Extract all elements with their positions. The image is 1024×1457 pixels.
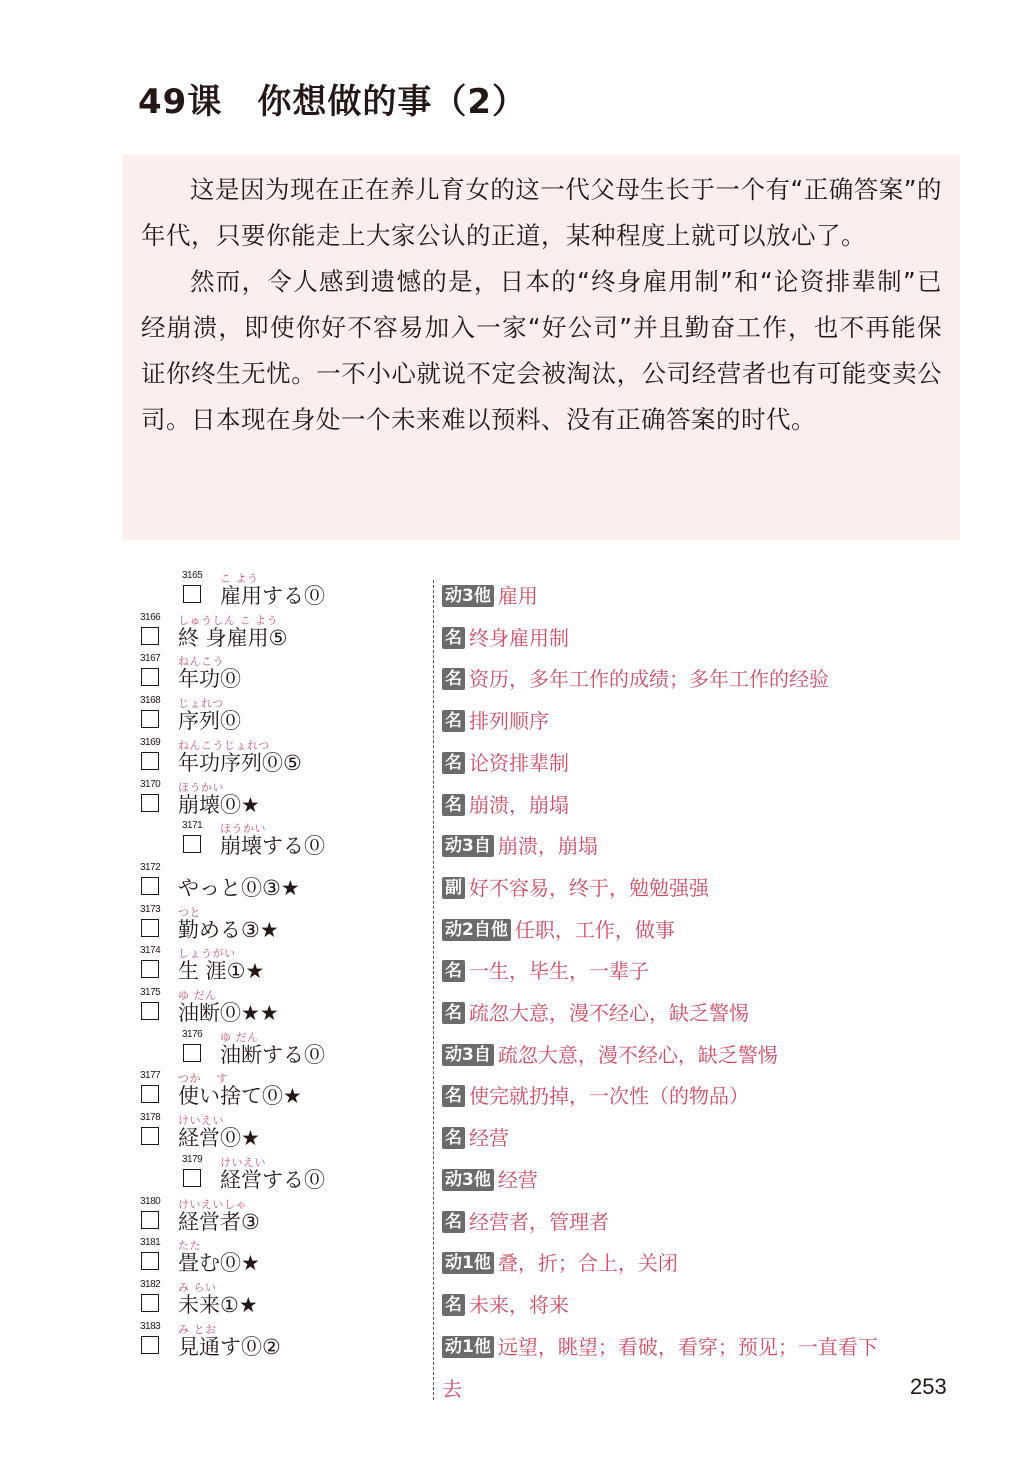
checkbox[interactable]	[183, 1169, 201, 1187]
vocab-row: 3178 けいえい 経営⓪★ 名经营	[0, 1112, 1024, 1154]
checkbox[interactable]	[141, 627, 159, 645]
definition: 动1他远望，眺望；看破，看穿；预见；一直看下	[442, 1331, 878, 1360]
entry-number: 3175	[140, 987, 160, 998]
definition: 动3自崩溃，崩塌	[442, 830, 598, 859]
definition-text: 经营	[498, 1168, 538, 1192]
part-of-speech-tag: 动3自	[442, 835, 494, 857]
definition-text: 远望，眺望；看破，看穿；预见；一直看下	[498, 1335, 878, 1359]
definition: 名经营者，管理者	[442, 1206, 609, 1235]
checkbox[interactable]	[141, 1211, 159, 1229]
reading-passage: 这是因为现在正在养儿育女的这一代父母生长于一个有“正确答案”的年代，只要你能走上…	[123, 155, 960, 540]
part-of-speech-tag: 名	[442, 710, 465, 732]
entry-number: 3174	[140, 945, 160, 956]
entry-number: 3169	[140, 737, 160, 748]
entry-number: 3172	[140, 862, 160, 873]
entry-number: 3171	[182, 820, 202, 831]
checkbox[interactable]	[141, 752, 159, 770]
entry-number: 3170	[140, 779, 160, 790]
checkbox[interactable]	[183, 835, 201, 853]
definition-text: 终身雇用制	[469, 626, 569, 650]
vocab-row: 3168 じょれつ 序列⓪ 名排列顺序	[0, 695, 1024, 737]
vocab-word: 経営する⓪	[220, 1164, 325, 1194]
vocab-row: 3169 ねんこうじょれつ 年功序列⓪⑤ 名论资排辈制	[0, 737, 1024, 779]
definition-text: 崩溃，崩塌	[469, 793, 569, 817]
definition: 名论资排辈制	[442, 747, 569, 776]
vocab-word: 崩壊する⓪	[220, 830, 325, 860]
part-of-speech-tag: 动3自	[442, 1044, 494, 1066]
entry-number: 3182	[140, 1279, 160, 1290]
part-of-speech-tag: 动1他	[442, 1336, 494, 1358]
checkbox[interactable]	[141, 668, 159, 686]
vocab-word: 畳む⓪★	[178, 1247, 260, 1277]
definition-continuation: 去	[442, 1373, 462, 1402]
checkbox[interactable]	[141, 877, 159, 895]
vocab-row: 3179 けいえい 経営する⓪ 动3他经营	[0, 1154, 1024, 1196]
checkbox[interactable]	[141, 794, 159, 812]
entry-number: 3183	[140, 1321, 160, 1332]
part-of-speech-tag: 动1他	[442, 1252, 494, 1274]
vocab-row: 3175 ゆ だん 油断⓪★★ 名疏忽大意，漫不经心，缺乏警惕	[0, 987, 1024, 1029]
definition-text: 崩溃，崩塌	[498, 834, 598, 858]
vocab-word: 雇用する⓪	[220, 580, 325, 610]
vocab-row: 3170 ほうかい 崩壊⓪★ 名崩溃，崩塌	[0, 779, 1024, 821]
definition-text: 论资排辈制	[469, 751, 569, 775]
entry-number: 3167	[140, 653, 160, 664]
definition: 副好不容易，终于，勉勉强强	[442, 872, 709, 901]
vocab-row: 3174 しょうがい 生 涯①★ 名一生，毕生，一辈子	[0, 945, 1024, 987]
entry-number: 3165	[182, 570, 202, 581]
passage-paragraph: 这是因为现在正在养儿育女的这一代父母生长于一个有“正确答案”的年代，只要你能走上…	[141, 167, 942, 259]
vocab-row: 3180 けいえいしゃ 経営者③ 名经营者，管理者	[0, 1196, 1024, 1238]
vocab-row: 3165 こ よう 雇用する⓪ 动3他雇用	[0, 570, 1024, 612]
part-of-speech-tag: 动3他	[442, 1169, 494, 1191]
definition-text: 疏忽大意，漫不经心，缺乏警惕	[469, 1001, 749, 1025]
vocab-word: 年功序列⓪⑤	[178, 747, 302, 777]
vocab-word: 経営者③	[178, 1206, 260, 1236]
passage-paragraph: 然而，令人感到遗憾的是，日本的“终身雇用制”和“论资排辈制”已经崩溃，即使你好不…	[141, 259, 942, 443]
vocab-word: 油断⓪★★	[178, 997, 279, 1027]
part-of-speech-tag: 副	[442, 877, 465, 899]
definition-text: 疏忽大意，漫不经心，缺乏警惕	[498, 1043, 778, 1067]
entry-number: 3181	[140, 1237, 160, 1248]
part-of-speech-tag: 名	[442, 627, 465, 649]
entry-number: 3179	[182, 1154, 202, 1165]
part-of-speech-tag: 名	[442, 1085, 465, 1107]
vocab-word: 見通す⓪②	[178, 1331, 281, 1361]
definition: 名经营	[442, 1122, 509, 1151]
vocab-row: 3167 ねんこう 年功⓪ 名资历，多年工作的成绩；多年工作的经验	[0, 653, 1024, 695]
vocab-word: 未来①★	[178, 1289, 258, 1319]
definition-text: 经营者，管理者	[469, 1210, 609, 1234]
vocab-word: 油断する⓪	[220, 1039, 325, 1069]
definition: 名崩溃，崩塌	[442, 789, 569, 818]
vocab-word: 崩壊⓪★	[178, 789, 260, 819]
vocab-row: 3166 しゅうしん こ よう 終 身雇用⑤ 名终身雇用制	[0, 612, 1024, 654]
definition-text: 任职，工作，做事	[515, 918, 675, 942]
part-of-speech-tag: 动3他	[442, 585, 494, 607]
definition-text: 叠，折；合上，关闭	[498, 1251, 678, 1275]
vocab-word: 生 涯①★	[178, 955, 264, 985]
vocab-word: 経営⓪★	[178, 1122, 260, 1152]
vocab-word: やっと⓪③★	[178, 872, 300, 902]
vocab-word: 序列⓪	[178, 705, 241, 735]
checkbox[interactable]	[141, 710, 159, 728]
part-of-speech-tag: 名	[442, 1294, 465, 1316]
checkbox[interactable]	[141, 1336, 159, 1354]
entry-number: 3176	[182, 1029, 202, 1040]
entry-number: 3178	[140, 1112, 160, 1123]
definition: 名未来，将来	[442, 1289, 569, 1318]
vocab-row: 3172 やっと⓪③★ 副好不容易，终于，勉勉强强	[0, 862, 1024, 904]
vocab-word: 勤める③★	[178, 914, 279, 944]
definition: 动1他叠，折；合上，关闭	[442, 1247, 678, 1276]
definition: 动3他雇用	[442, 580, 538, 609]
definition: 动3他经营	[442, 1164, 538, 1193]
entry-number: 3166	[140, 612, 160, 623]
vocab-row: 3183 み とお 見通す⓪② 动1他远望，眺望；看破，看穿；预见；一直看下 去	[0, 1321, 1024, 1363]
part-of-speech-tag: 名	[442, 794, 465, 816]
definition: 名使完就扔掉，一次性（的物品）	[442, 1080, 749, 1109]
entry-number: 3177	[140, 1070, 160, 1081]
checkbox[interactable]	[141, 919, 159, 937]
definition: 名疏忽大意，漫不经心，缺乏警惕	[442, 997, 749, 1026]
checkbox[interactable]	[141, 1252, 159, 1270]
checkbox[interactable]	[183, 585, 201, 603]
definition-text: 雇用	[498, 584, 538, 608]
vocab-row: 3171 ほうかい 崩壊する⓪ 动3自崩溃，崩塌	[0, 820, 1024, 862]
checkbox[interactable]	[141, 1002, 159, 1020]
checkbox[interactable]	[141, 1085, 159, 1103]
definition: 名排列顺序	[442, 705, 549, 734]
entry-number: 3173	[140, 904, 160, 915]
checkbox[interactable]	[141, 1127, 159, 1145]
definition-text: 未来，将来	[469, 1293, 569, 1317]
definition: 名终身雇用制	[442, 622, 569, 651]
part-of-speech-tag: 名	[442, 960, 465, 982]
checkbox[interactable]	[141, 1294, 159, 1312]
vocab-word: 年功⓪	[178, 663, 241, 693]
part-of-speech-tag: 名	[442, 1002, 465, 1024]
definition: 名一生，毕生，一辈子	[442, 955, 649, 984]
definition: 动3自疏忽大意，漫不经心，缺乏警惕	[442, 1039, 778, 1068]
entry-number: 3180	[140, 1196, 160, 1207]
vocab-row: 3182 み らい 未来①★ 名未来，将来	[0, 1279, 1024, 1321]
part-of-speech-tag: 名	[442, 668, 465, 690]
vocab-row: 3177 つか す 使い捨て⓪★ 名使完就扔掉，一次性（的物品）	[0, 1070, 1024, 1112]
part-of-speech-tag: 名	[442, 1127, 465, 1149]
vocab-word: 終 身雇用⑤	[178, 622, 288, 652]
part-of-speech-tag: 名	[442, 1211, 465, 1233]
lesson-title: 49课 你想做的事（2）	[138, 74, 527, 123]
definition: 动2自他任职，工作，做事	[442, 914, 675, 943]
checkbox[interactable]	[141, 960, 159, 978]
part-of-speech-tag: 动2自他	[442, 919, 511, 941]
definition: 名资历，多年工作的成绩；多年工作的经验	[442, 663, 829, 692]
definition-text: 好不容易，终于，勉勉强强	[469, 876, 709, 900]
checkbox[interactable]	[183, 1044, 201, 1062]
definition-text: 资历，多年工作的成绩；多年工作的经验	[469, 667, 829, 691]
definition-text: 经营	[469, 1126, 509, 1150]
vocab-row: 3176 ゆ だん 油断する⓪ 动3自疏忽大意，漫不经心，缺乏警惕	[0, 1029, 1024, 1071]
vocab-word: 使い捨て⓪★	[178, 1080, 302, 1110]
part-of-speech-tag: 名	[442, 752, 465, 774]
definition-text: 排列顺序	[469, 709, 549, 733]
page-number: 253	[910, 1374, 947, 1400]
definition-text: 使完就扔掉，一次性（的物品）	[469, 1084, 749, 1108]
definition-text: 一生，毕生，一辈子	[469, 959, 649, 983]
vocab-row: 3181 たた 畳む⓪★ 动1他叠，折；合上，关闭	[0, 1237, 1024, 1279]
vocab-row: 3173 つと 勤める③★ 动2自他任职，工作，做事	[0, 904, 1024, 946]
entry-number: 3168	[140, 695, 160, 706]
